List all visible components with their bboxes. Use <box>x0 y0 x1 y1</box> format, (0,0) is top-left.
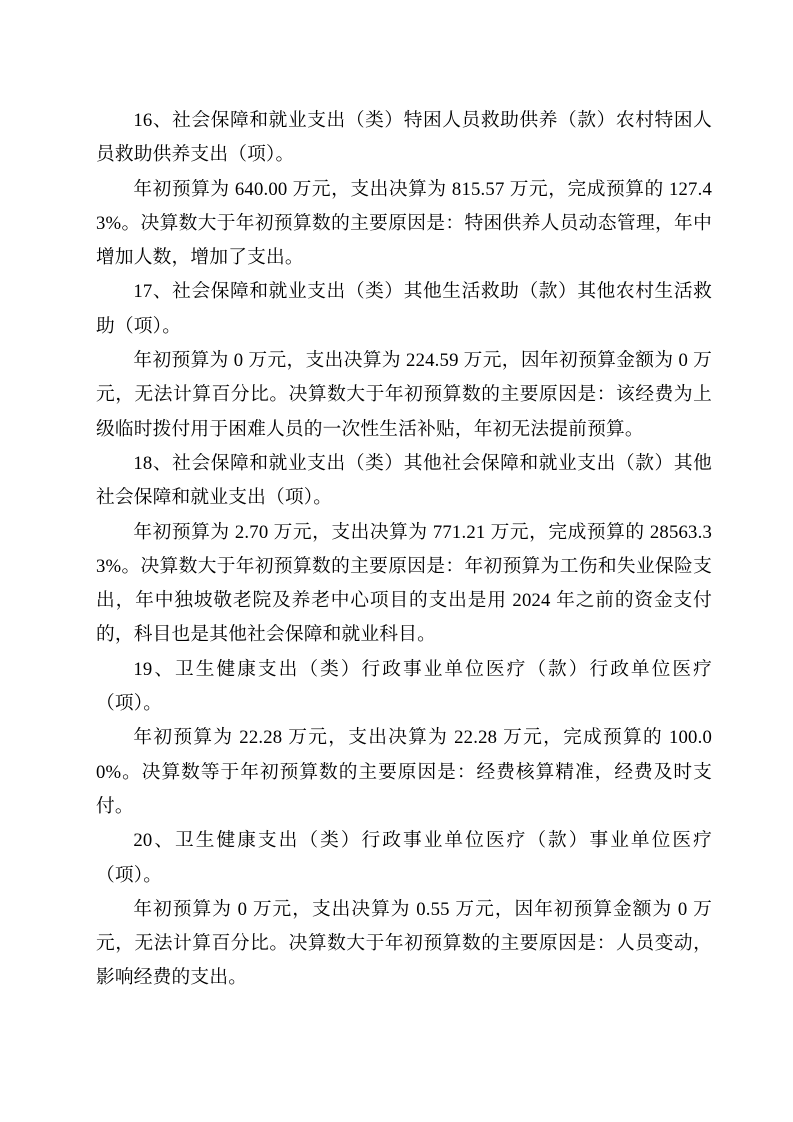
entry-body: 年初预算为 22.28 万元，支出决算为 22.28 万元，完成预算的 100.… <box>96 721 712 824</box>
entry-heading: 16、社会保障和就业支出（类）特困人员救助供养（款）农村特困人员救助供养支出（项… <box>96 104 712 173</box>
budget-entry-16: 16、社会保障和就业支出（类）特困人员救助供养（款）农村特困人员救助供养支出（项… <box>96 104 712 275</box>
entry-heading: 18、社会保障和就业支出（类）其他社会保障和就业支出（款）其他社会保障和就业支出… <box>96 447 712 516</box>
budget-entry-17: 17、社会保障和就业支出（类）其他生活救助（款）其他农村生活救助（项）。 年初预… <box>96 275 712 446</box>
entry-body: 年初预算为 0 万元，支出决算为 224.59 万元，因年初预算金额为 0 万元… <box>96 344 712 447</box>
budget-entry-18: 18、社会保障和就业支出（类）其他社会保障和就业支出（款）其他社会保障和就业支出… <box>96 447 712 653</box>
budget-entry-20: 20、卫生健康支出（类）行政事业单位医疗（款）事业单位医疗（项）。 年初预算为 … <box>96 824 712 995</box>
entry-heading: 17、社会保障和就业支出（类）其他生活救助（款）其他农村生活救助（项）。 <box>96 275 712 344</box>
entry-heading: 20、卫生健康支出（类）行政事业单位医疗（款）事业单位医疗（项）。 <box>96 824 712 893</box>
document-page: 16、社会保障和就业支出（类）特困人员救助供养（款）农村特困人员救助供养支出（项… <box>0 0 793 1122</box>
entry-body: 年初预算为 0 万元，支出决算为 0.55 万元，因年初预算金额为 0 万元，无… <box>96 893 712 996</box>
entry-body: 年初预算为 640.00 万元，支出决算为 815.57 万元，完成预算的 12… <box>96 173 712 276</box>
budget-entry-19: 19、卫生健康支出（类）行政事业单位医疗（款）行政单位医疗（项）。 年初预算为 … <box>96 653 712 824</box>
entry-body: 年初预算为 2.70 万元，支出决算为 771.21 万元，完成预算的 2856… <box>96 516 712 653</box>
entry-heading: 19、卫生健康支出（类）行政事业单位医疗（款）行政单位医疗（项）。 <box>96 653 712 722</box>
